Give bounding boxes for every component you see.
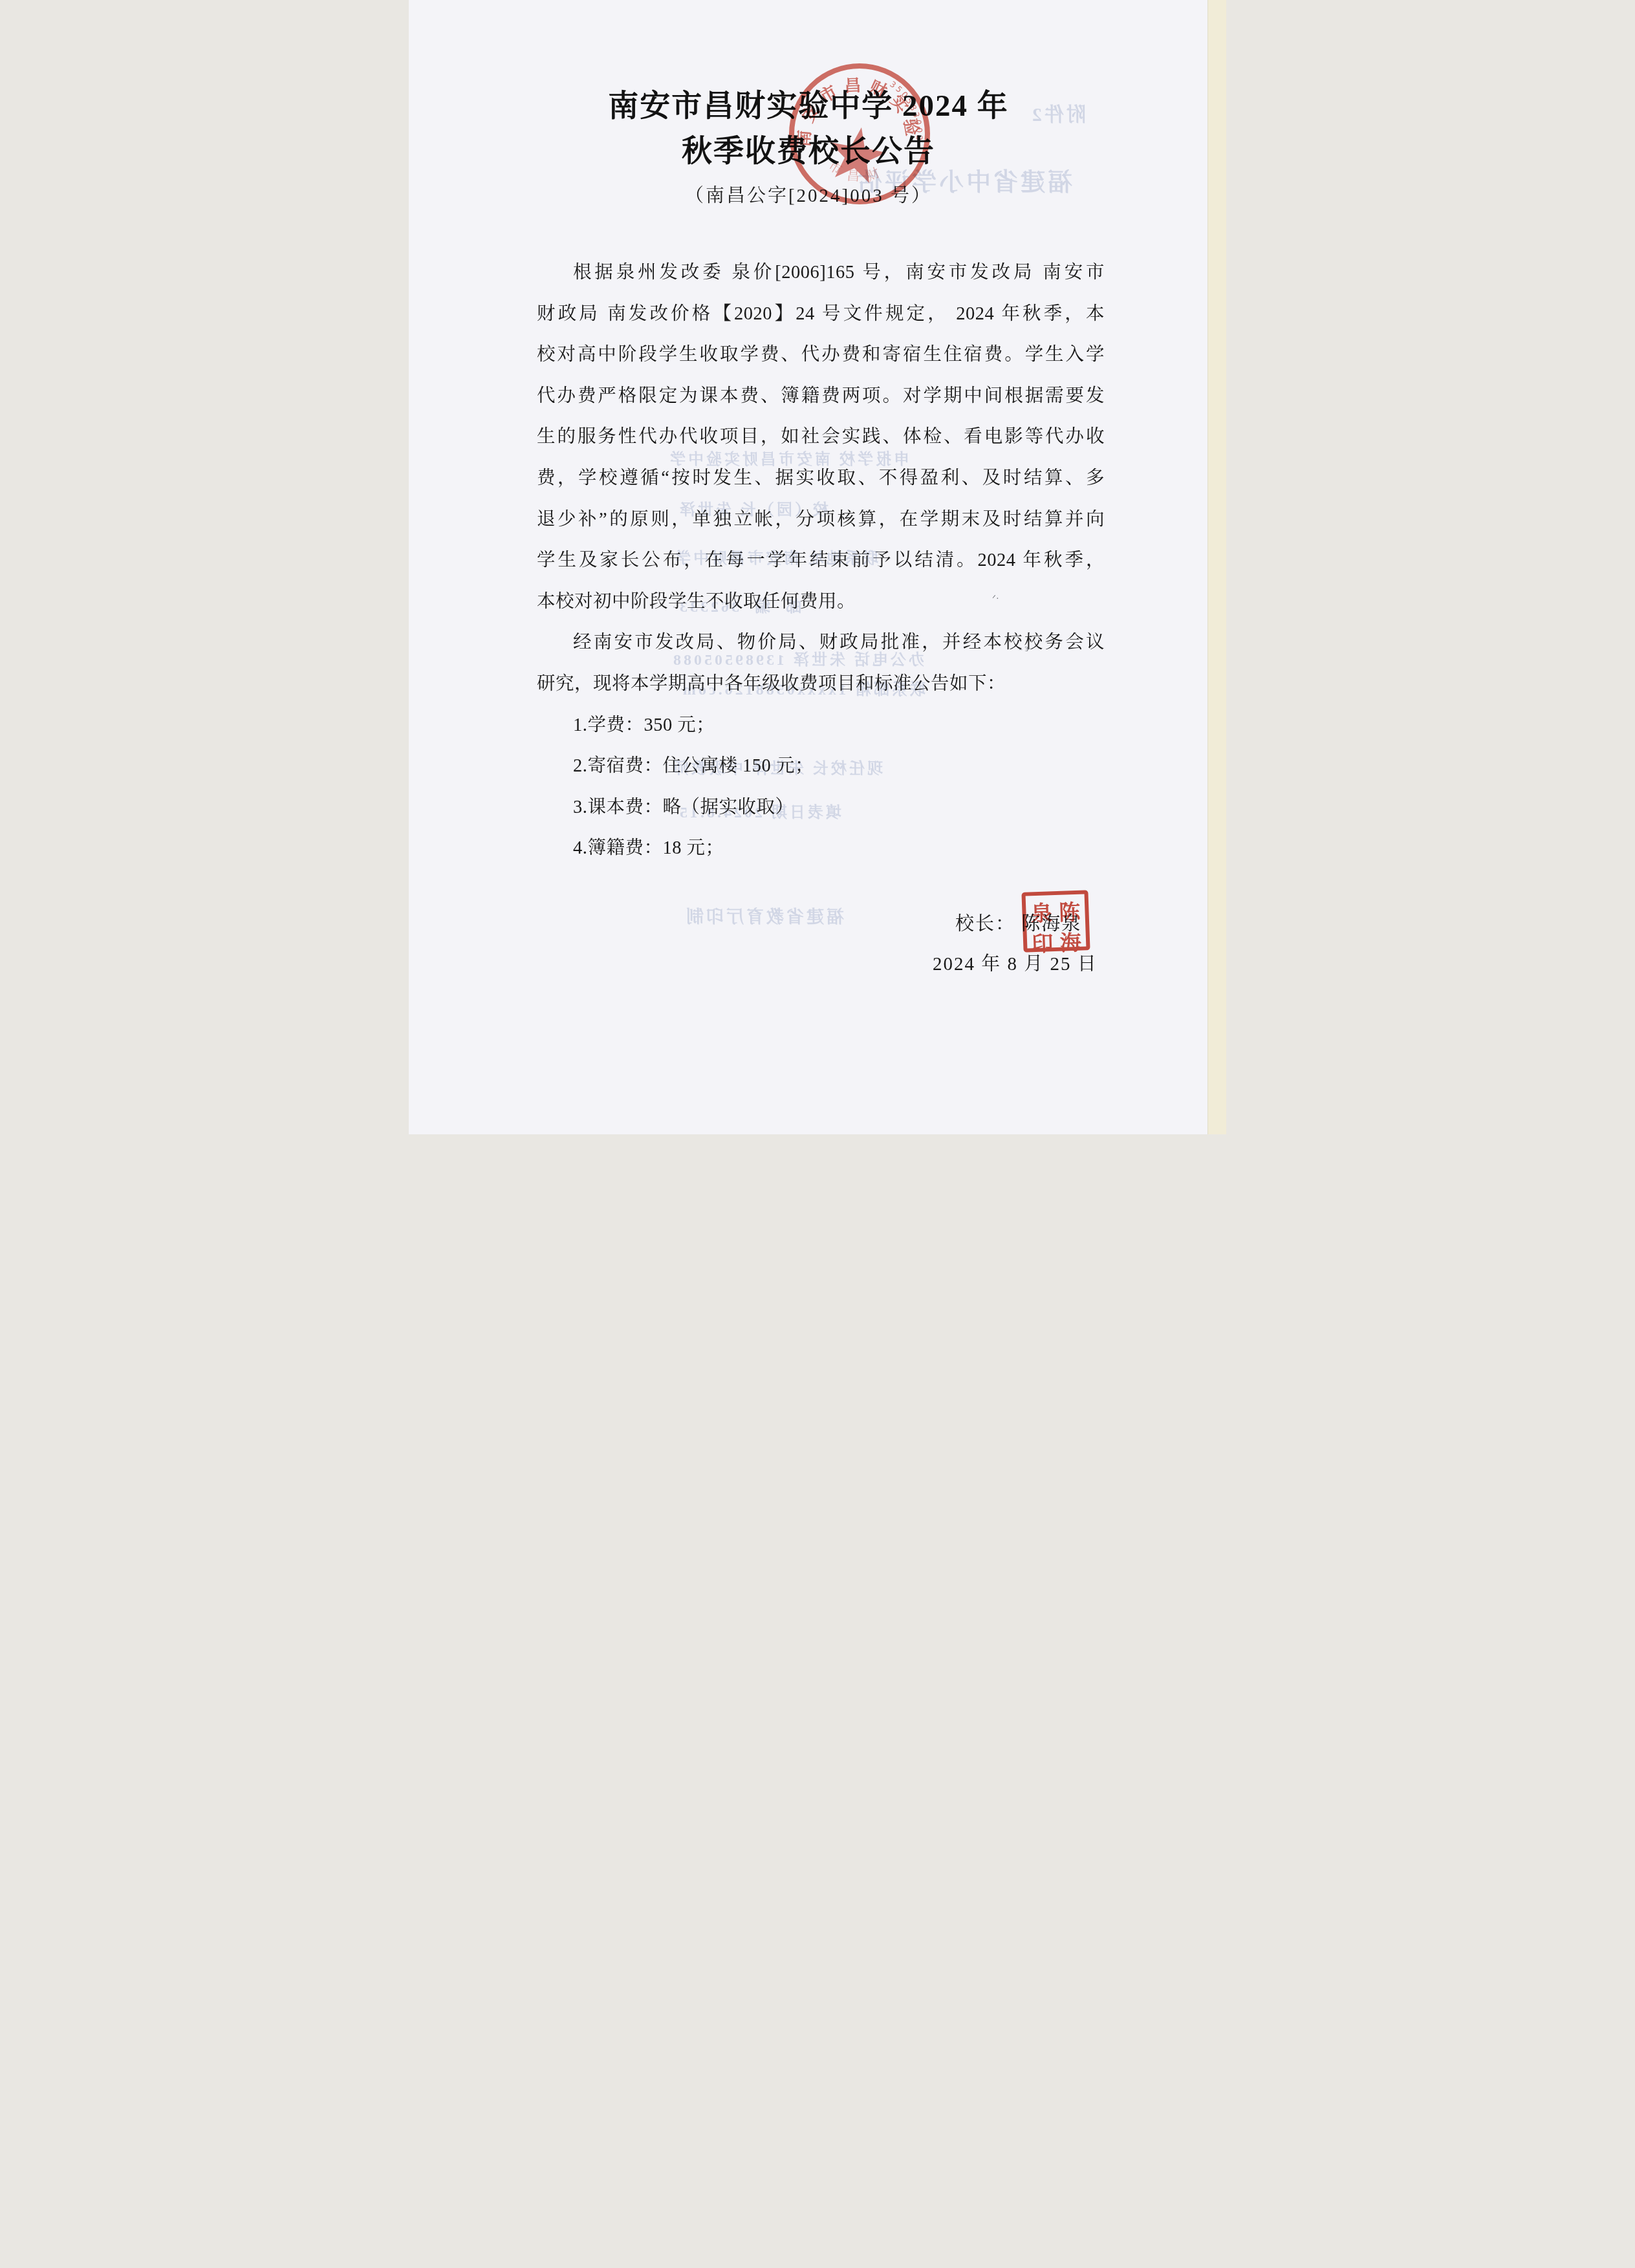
body-line: 生的服务性代办代收项目，如社会实践、体检、看电影等代办收 [537,424,1105,450]
body-line: 学生及家长公布，在每一学年结束前予以结清。2024 年秋季， [537,548,1105,574]
body-line: 财政局 南发改价格【2020】24 号文件规定， 2024 年秋季，本 [537,301,1105,327]
ink-speck: ˗ ɝ [1019,644,1030,654]
school-round-seal: 南安市昌财实验中学 350583002409 市昌财 [785,59,934,208]
svg-text:南安市昌财实验中学: 南安市昌财实验中学 [785,59,924,147]
body-line: 1.学费：350 元； [537,713,1105,739]
body-line: 本校对初中阶段学生不收取任何费用。 [537,589,1105,615]
scan-edge-strip [1207,0,1226,1134]
bleedthrough-text: 福建省教育厅印制 [684,903,844,928]
body-line: 根据泉州发改委 泉价[2006]165 号，南安市发改局 南安市 [537,260,1105,286]
body-line: 4.簿籍费：18 元； [537,836,1105,861]
name-seal-char: 陈 [1055,896,1084,927]
body-line: 校对高中阶段学生收取学费、代办费和寄宿生住宿费。学生入学 [537,342,1105,368]
name-seal-char: 海 [1056,925,1085,956]
name-seal-char: 泉 [1027,896,1056,927]
body-line: 费，学校遵循“按时发生、据实收取、不得盈利、及时结算、多 [537,466,1105,491]
body-line: 2.寄宿费：住公寓楼 150 元； [537,753,1105,779]
ink-speck: ᐟ· [992,594,999,605]
name-seal-char: 印 [1028,927,1057,958]
seal-school-name: 南安市昌财实验中学 [785,59,924,147]
body-line: 退少补”的原则，单独立帐，分项核算，在学期末及时结算并向 [537,507,1105,533]
body-line: 研究，现将本学期高中各年级收费项目和标准公告如下： [537,671,1105,697]
body-line: 代办费严格限定为课本费、簿籍费两项。对学期中间根据需要发 [537,383,1105,409]
scanned-document-page: 附件2福建省中小学评估申报学校 南安市昌财实验中学校（园）长 朱世泽联系地址 南… [409,0,1226,1134]
principal-name-seal: 泉陈印海 [1021,890,1090,953]
body-line: 3.课本费：略（据实收取） [537,795,1105,821]
